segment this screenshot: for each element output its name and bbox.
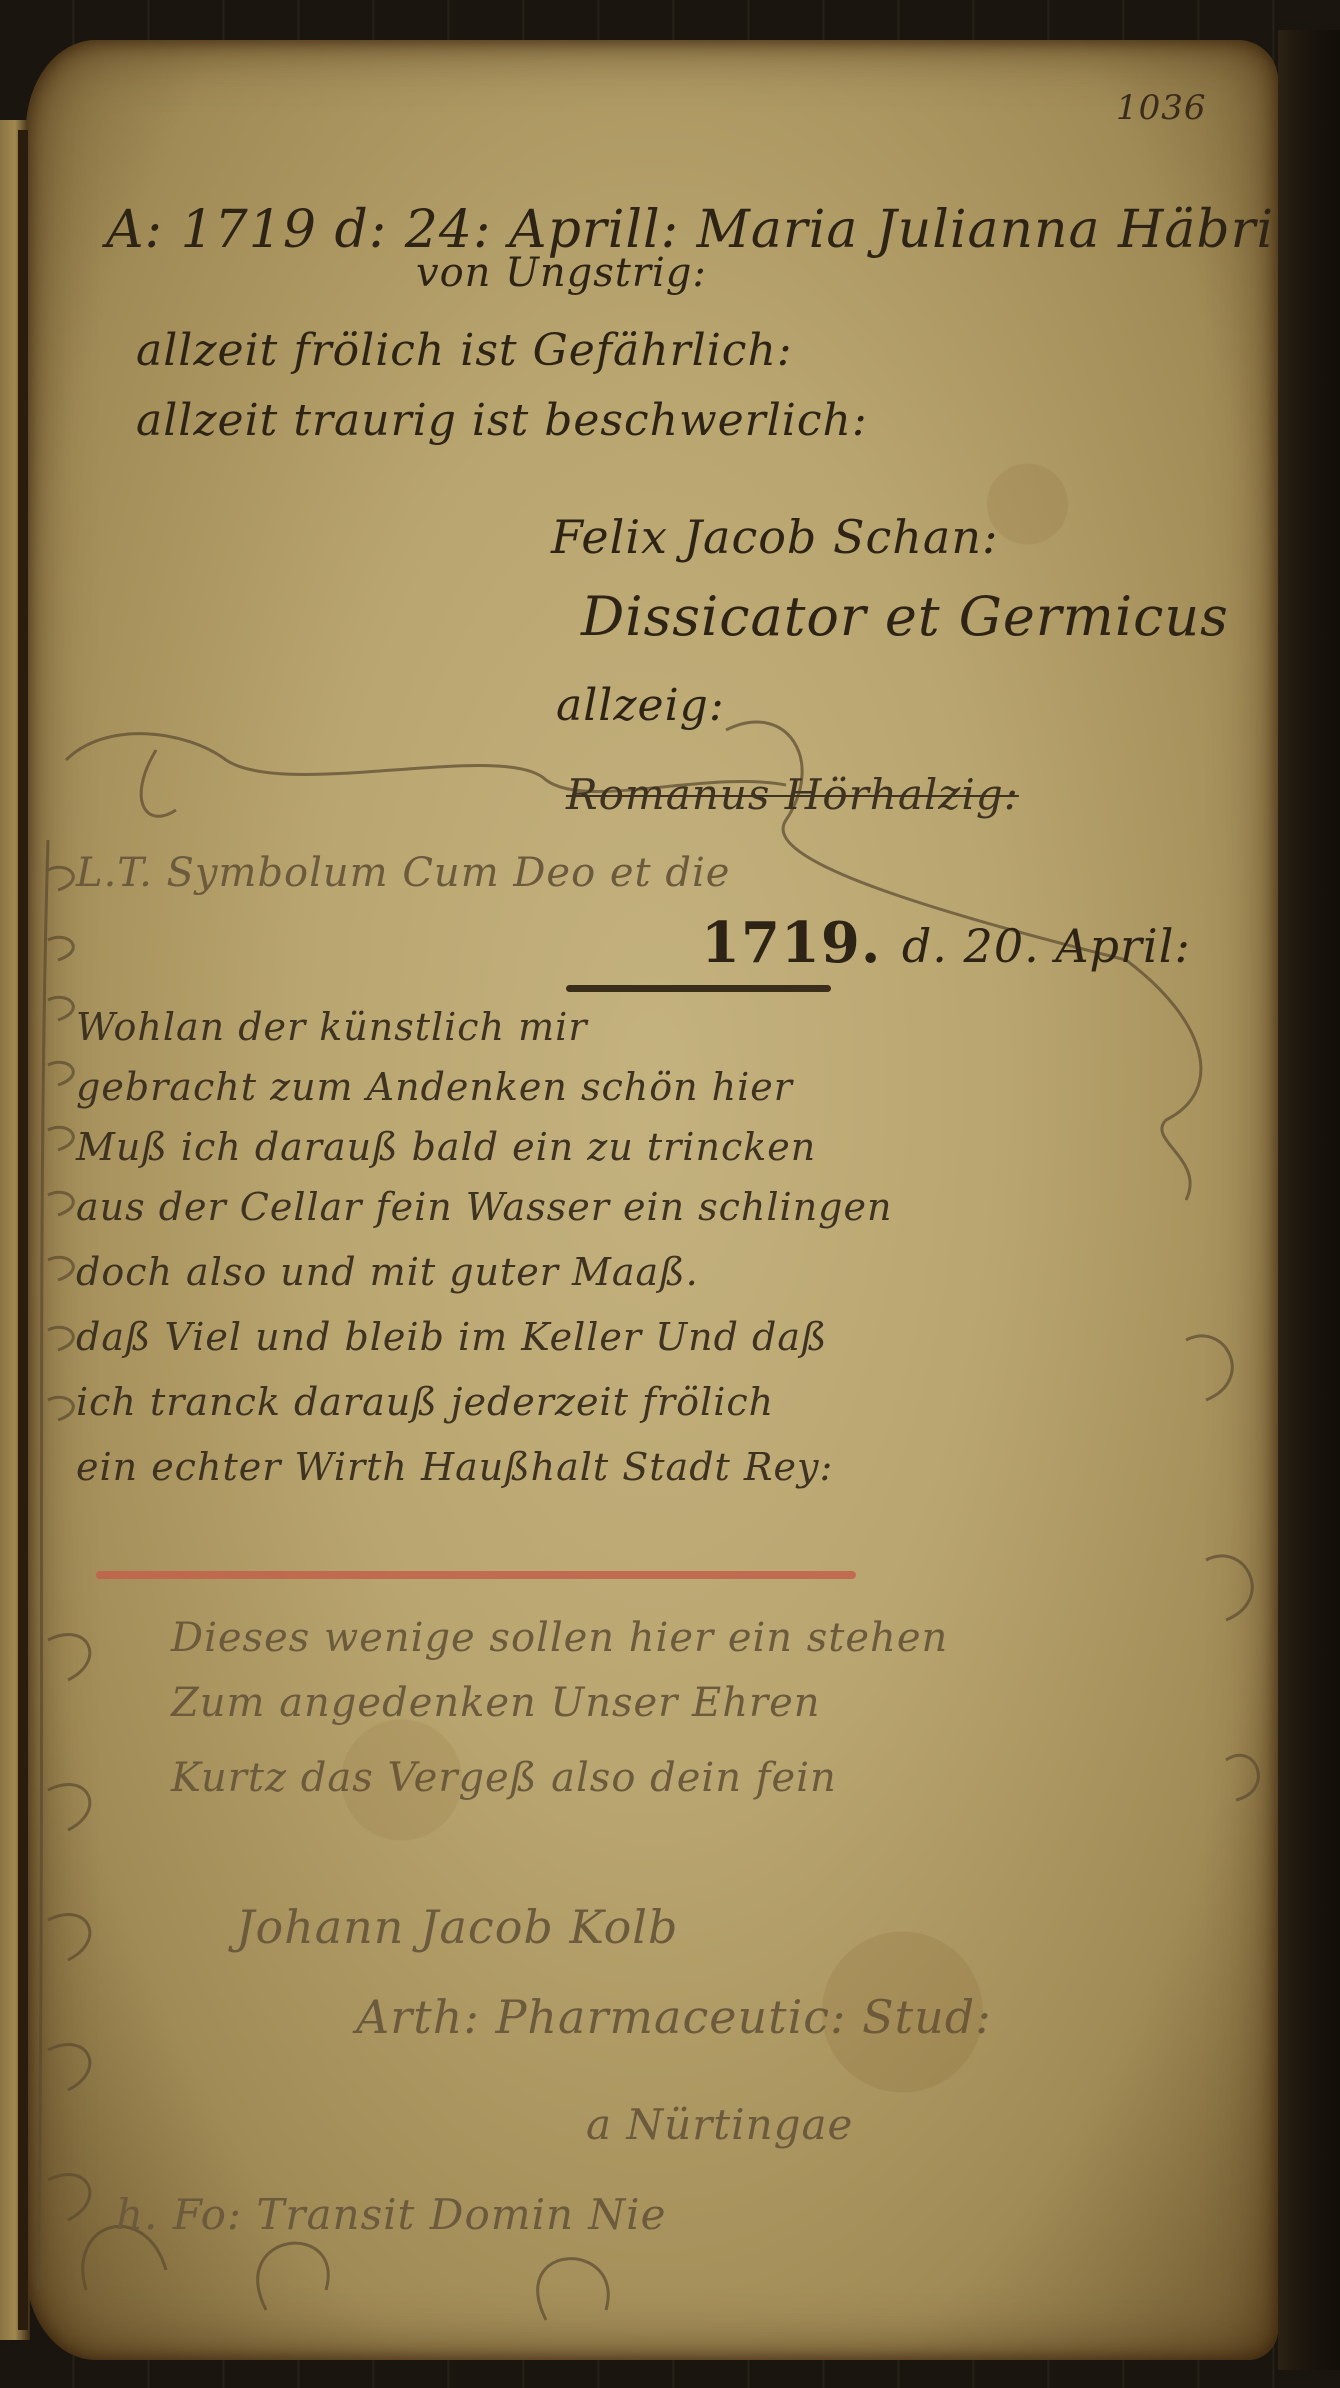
dedication-line: Kurtz das Vergeß also dein fein xyxy=(171,1755,837,1801)
book-gutter xyxy=(18,130,28,2330)
year-underline xyxy=(566,985,831,992)
red-divider-rule xyxy=(96,1571,856,1579)
entry-1-signature-name: Felix Jacob Schan: xyxy=(551,510,998,564)
entry-1-motto-line-2: allzeit traurig ist beschwerlich: xyxy=(136,395,868,446)
entry-1-motto-line-1: allzeit frölich ist Gefährlich: xyxy=(136,325,793,376)
entry-2-date-rest: d. 20. April: xyxy=(902,919,1191,973)
poem-line: ein echter Wirth Haußhalt Stadt Rey: xyxy=(76,1445,833,1489)
poem-line: gebracht zum Andenken schön hier xyxy=(76,1065,793,1109)
book-spine-right xyxy=(1278,30,1340,2370)
entry-1-signature-title: Dissicator et Germicus xyxy=(581,585,1229,648)
poem-line: doch also und mit guter Maaß. xyxy=(76,1250,699,1294)
signature-closing: h. Fo: Transit Domin Nie xyxy=(116,2190,666,2239)
entry-1-struck-line: Romanus Hörhalzig: xyxy=(566,770,1019,819)
dedication-line: Dieses wenige sollen hier ein stehen xyxy=(171,1615,948,1661)
manuscript-page: 1036 A: 1719 d: 24: Aprill: Maria Julian… xyxy=(26,40,1278,2360)
poem-line: Wohlan der künstlich mir xyxy=(76,1005,588,1049)
poem-line: ich tranck darauß jederzeit frölich xyxy=(76,1380,774,1424)
corner-mark: 24 xyxy=(1226,2358,1261,2360)
poem-line: aus der Cellar fein Wasser ein schlingen xyxy=(76,1185,892,1229)
folio-number: 1036 xyxy=(1116,88,1207,128)
poem-line: Muß ich darauß bald ein zu trincken xyxy=(76,1125,816,1169)
entry-2-symbolum: L.T. Symbolum Cum Deo et die xyxy=(76,850,730,896)
entry-2-year-number: 1719. xyxy=(701,910,881,976)
entry-1-signature-place: allzeig: xyxy=(556,680,725,731)
signature-title: Arth: Pharmaceutic: Stud: xyxy=(356,1990,992,2044)
poem-line: daß Viel und bleib im Keller Und daß xyxy=(76,1315,827,1359)
dedication-line: Zum angedenken Unser Ehren xyxy=(171,1680,821,1726)
signature-place: a Nürtingae xyxy=(586,2100,853,2149)
entry-1-heading-cont: von Ungstrig: xyxy=(416,250,707,296)
entry-2-year: 1719. d. 20. April: xyxy=(701,910,1191,976)
signature-name: Johann Jacob Kolb xyxy=(236,1900,678,1954)
